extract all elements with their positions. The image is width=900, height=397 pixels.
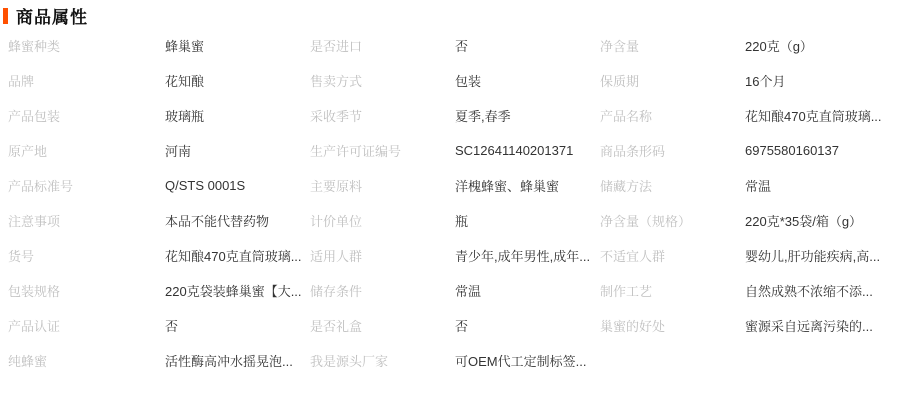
attribute-value: 瓶 [455,211,600,230]
attribute-value: 否 [455,316,600,335]
attribute-label: 包装规格 [8,281,165,300]
section-header: 商品属性 [0,0,900,28]
attribute-label: 计价单位 [310,211,455,230]
attribute-label: 不适宜人群 [600,246,745,265]
attribute-value: 青少年,成年男性,成年... [455,246,600,265]
attribute-value: 蜂巢蜜 [165,36,310,55]
attribute-label: 净含量（规格） [600,211,745,230]
attribute-label: 原产地 [8,141,165,160]
attribute-value: 否 [455,36,600,55]
table-row: 蜂蜜种类蜂巢蜜是否进口否净含量220克（g） [0,28,900,63]
attribute-label: 售卖方式 [310,71,455,90]
attribute-label: 品牌 [8,71,165,90]
attribute-value: 自然成熟不浓缩不添... [745,281,900,300]
attributes-table: 蜂蜜种类蜂巢蜜是否进口否净含量220克（g）品牌花知酿售卖方式包装保质期16个月… [0,28,900,378]
attribute-value: 可OEM代工定制标签... [455,351,600,370]
attribute-value: 220克*35袋/箱（g） [745,211,900,230]
table-row: 包装规格220克袋装蜂巢蜜【大...储存条件常温制作工艺自然成熟不浓缩不添... [0,273,900,308]
attribute-label: 储存条件 [310,281,455,300]
attribute-label: 蜂蜜种类 [8,36,165,55]
attribute-label: 注意事项 [8,211,165,230]
attribute-label: 产品认证 [8,316,165,335]
attribute-value: 本品不能代替药物 [165,211,310,230]
table-row: 产品认证否是否礼盒否巢蜜的好处蜜源采自远离污染的... [0,308,900,343]
table-row: 产品包装玻璃瓶采收季节夏季,春季产品名称花知酿470克直筒玻璃... [0,98,900,133]
attribute-value: 否 [165,316,310,335]
attribute-value: 花知酿 [165,71,310,90]
attribute-label: 产品包装 [8,106,165,125]
attribute-value: 包装 [455,71,600,90]
attribute-label: 储藏方法 [600,176,745,195]
attribute-label: 适用人群 [310,246,455,265]
accent-bar-icon [3,8,8,24]
attribute-label: 巢蜜的好处 [600,316,745,335]
attribute-label: 商品条形码 [600,141,745,160]
attribute-label: 产品名称 [600,106,745,125]
attribute-value: 16个月 [745,71,900,90]
attribute-label: 我是源头厂家 [310,351,455,370]
attribute-value: 花知酿470克直筒玻璃... [165,246,310,265]
attribute-value: Q/STS 0001S [165,178,310,193]
attribute-value: 220克袋装蜂巢蜜【大... [165,281,310,300]
attribute-label: 采收季节 [310,106,455,125]
table-row: 品牌花知酿售卖方式包装保质期16个月 [0,63,900,98]
attribute-label: 主要原料 [310,176,455,195]
table-row: 原产地河南生产许可证编号SC12641140201371商品条形码6975580… [0,133,900,168]
attribute-label: 产品标准号 [8,176,165,195]
attribute-label: 生产许可证编号 [310,141,455,160]
attribute-value: 蜜源采自远离污染的... [745,316,900,335]
attribute-value: SC12641140201371 [455,143,600,158]
attribute-label: 保质期 [600,71,745,90]
attribute-value: 6975580160137 [745,143,900,158]
table-row: 注意事项本品不能代替药物计价单位瓶净含量（规格）220克*35袋/箱（g） [0,203,900,238]
attribute-label: 制作工艺 [600,281,745,300]
attribute-value: 常温 [745,176,900,195]
attribute-value: 洋槐蜂蜜、蜂巢蜜 [455,176,600,195]
attribute-value: 220克（g） [745,36,900,55]
table-row: 产品标准号Q/STS 0001S主要原料洋槐蜂蜜、蜂巢蜜储藏方法常温 [0,168,900,203]
attribute-value: 河南 [165,141,310,160]
table-row: 货号花知酿470克直筒玻璃...适用人群青少年,成年男性,成年...不适宜人群婴… [0,238,900,273]
attribute-label: 是否进口 [310,36,455,55]
attribute-value: 活性酶高冲水摇晃泡... [165,351,310,370]
attribute-label: 是否礼盒 [310,316,455,335]
attribute-label: 净含量 [600,36,745,55]
attribute-value: 夏季,春季 [455,106,600,125]
section-title: 商品属性 [16,3,88,28]
table-row: 纯蜂蜜活性酶高冲水摇晃泡...我是源头厂家可OEM代工定制标签... [0,343,900,378]
attribute-value: 常温 [455,281,600,300]
attribute-label: 货号 [8,246,165,265]
product-attributes-section: 商品属性 蜂蜜种类蜂巢蜜是否进口否净含量220克（g）品牌花知酿售卖方式包装保质… [0,0,900,397]
attribute-value: 花知酿470克直筒玻璃... [745,106,900,125]
attribute-value: 婴幼儿,肝功能疾病,高... [745,246,900,265]
attribute-label: 纯蜂蜜 [8,351,165,370]
attribute-value: 玻璃瓶 [165,106,310,125]
